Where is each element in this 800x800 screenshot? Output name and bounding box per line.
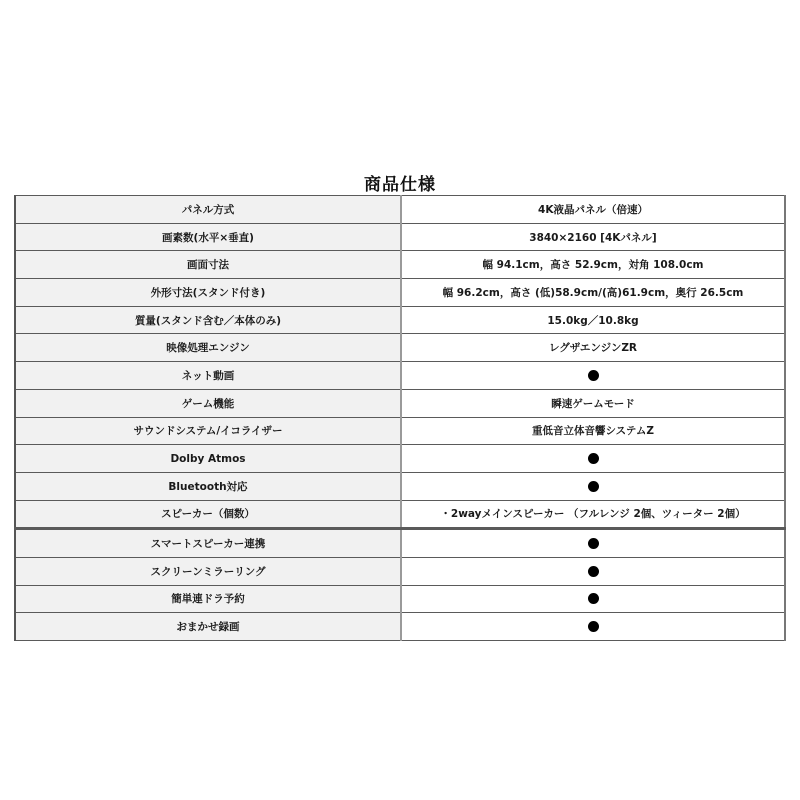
spec-label: Dolby Atmos (15, 445, 401, 473)
spec-label: ネット動画 (15, 362, 401, 390)
spec-value: 4K液晶パネル（倍速） (401, 196, 785, 224)
spec-row-auto-recording: おまかせ録画 (15, 613, 785, 641)
spec-value: 幅 94.1cm，高さ 52.9cm，対角 108.0cm (401, 251, 785, 279)
spec-value-dot (401, 557, 785, 585)
spec-label: 画素数(水平×垂直) (15, 223, 401, 251)
spec-label: 外形寸法(スタンド付き) (15, 279, 401, 307)
spec-label: 質量(スタンド含む／本体のみ) (15, 306, 401, 334)
supported-dot-icon (588, 621, 599, 632)
spec-row-weight: 質量(スタンド含む／本体のみ) 15.0kg／10.8kg (15, 306, 785, 334)
spec-value-dot (401, 613, 785, 641)
spec-row-panel-type: パネル方式 4K液晶パネル（倍速） (15, 196, 785, 224)
spec-title: 商品仕様 (0, 170, 800, 195)
spec-row-smart-speaker: スマートスピーカー連携 (15, 529, 785, 558)
spec-label: おまかせ録画 (15, 613, 401, 641)
spec-row-drama-reservation: 簡単連ドラ予約 (15, 585, 785, 613)
spec-value: 重低音立体音響システムZ (401, 417, 785, 445)
spec-label: サウンドシステム/イコライザー (15, 417, 401, 445)
spec-value-dot (401, 362, 785, 390)
supported-dot-icon (588, 566, 599, 577)
spec-label: スピーカー（個数） (15, 500, 401, 529)
spec-value: 15.0kg／10.8kg (401, 306, 785, 334)
spec-label: 簡単連ドラ予約 (15, 585, 401, 613)
spec-label: スクリーンミラーリング (15, 557, 401, 585)
spec-value: 瞬速ゲームモード (401, 389, 785, 417)
supported-dot-icon (588, 481, 599, 492)
spec-value-dot (401, 472, 785, 500)
spec-value-dot (401, 445, 785, 473)
spec-value-dot (401, 585, 785, 613)
spec-value: ・2wayメインスピーカー （フルレンジ 2個、ツィーター 2個） (401, 500, 785, 529)
spec-row-engine: 映像処理エンジン レグザエンジンZR (15, 334, 785, 362)
spec-label: 映像処理エンジン (15, 334, 401, 362)
spec-value: 3840×2160 [4Kパネル] (401, 223, 785, 251)
spec-row-sound: サウンドシステム/イコライザー 重低音立体音響システムZ (15, 417, 785, 445)
spec-table: パネル方式 4K液晶パネル（倍速） 画素数(水平×垂直) 3840×2160 [… (14, 195, 786, 641)
supported-dot-icon (588, 370, 599, 381)
spec-row-net-video: ネット動画 (15, 362, 785, 390)
spec-label: Bluetooth対応 (15, 472, 401, 500)
supported-dot-icon (588, 453, 599, 464)
spec-label: パネル方式 (15, 196, 401, 224)
spec-value: レグザエンジンZR (401, 334, 785, 362)
supported-dot-icon (588, 593, 599, 604)
supported-dot-icon (588, 538, 599, 549)
spec-label: スマートスピーカー連携 (15, 529, 401, 558)
spec-table-body: パネル方式 4K液晶パネル（倍速） 画素数(水平×垂直) 3840×2160 [… (15, 196, 785, 641)
spec-row-screen-size: 画面寸法 幅 94.1cm，高さ 52.9cm，対角 108.0cm (15, 251, 785, 279)
spec-row-dolby-atmos: Dolby Atmos (15, 445, 785, 473)
spec-value: 幅 96.2cm，高さ (低)58.9cm/(高)61.9cm，奥行 26.5c… (401, 279, 785, 307)
spec-value-dot (401, 529, 785, 558)
spec-row-speakers: スピーカー（個数） ・2wayメインスピーカー （フルレンジ 2個、ツィーター … (15, 500, 785, 529)
spec-label: 画面寸法 (15, 251, 401, 279)
spec-row-resolution: 画素数(水平×垂直) 3840×2160 [4Kパネル] (15, 223, 785, 251)
spec-row-dimensions: 外形寸法(スタンド付き) 幅 96.2cm，高さ (低)58.9cm/(高)61… (15, 279, 785, 307)
spec-label: ゲーム機能 (15, 389, 401, 417)
spec-row-bluetooth: Bluetooth対応 (15, 472, 785, 500)
spec-row-screen-mirroring: スクリーンミラーリング (15, 557, 785, 585)
spec-row-game: ゲーム機能 瞬速ゲームモード (15, 389, 785, 417)
